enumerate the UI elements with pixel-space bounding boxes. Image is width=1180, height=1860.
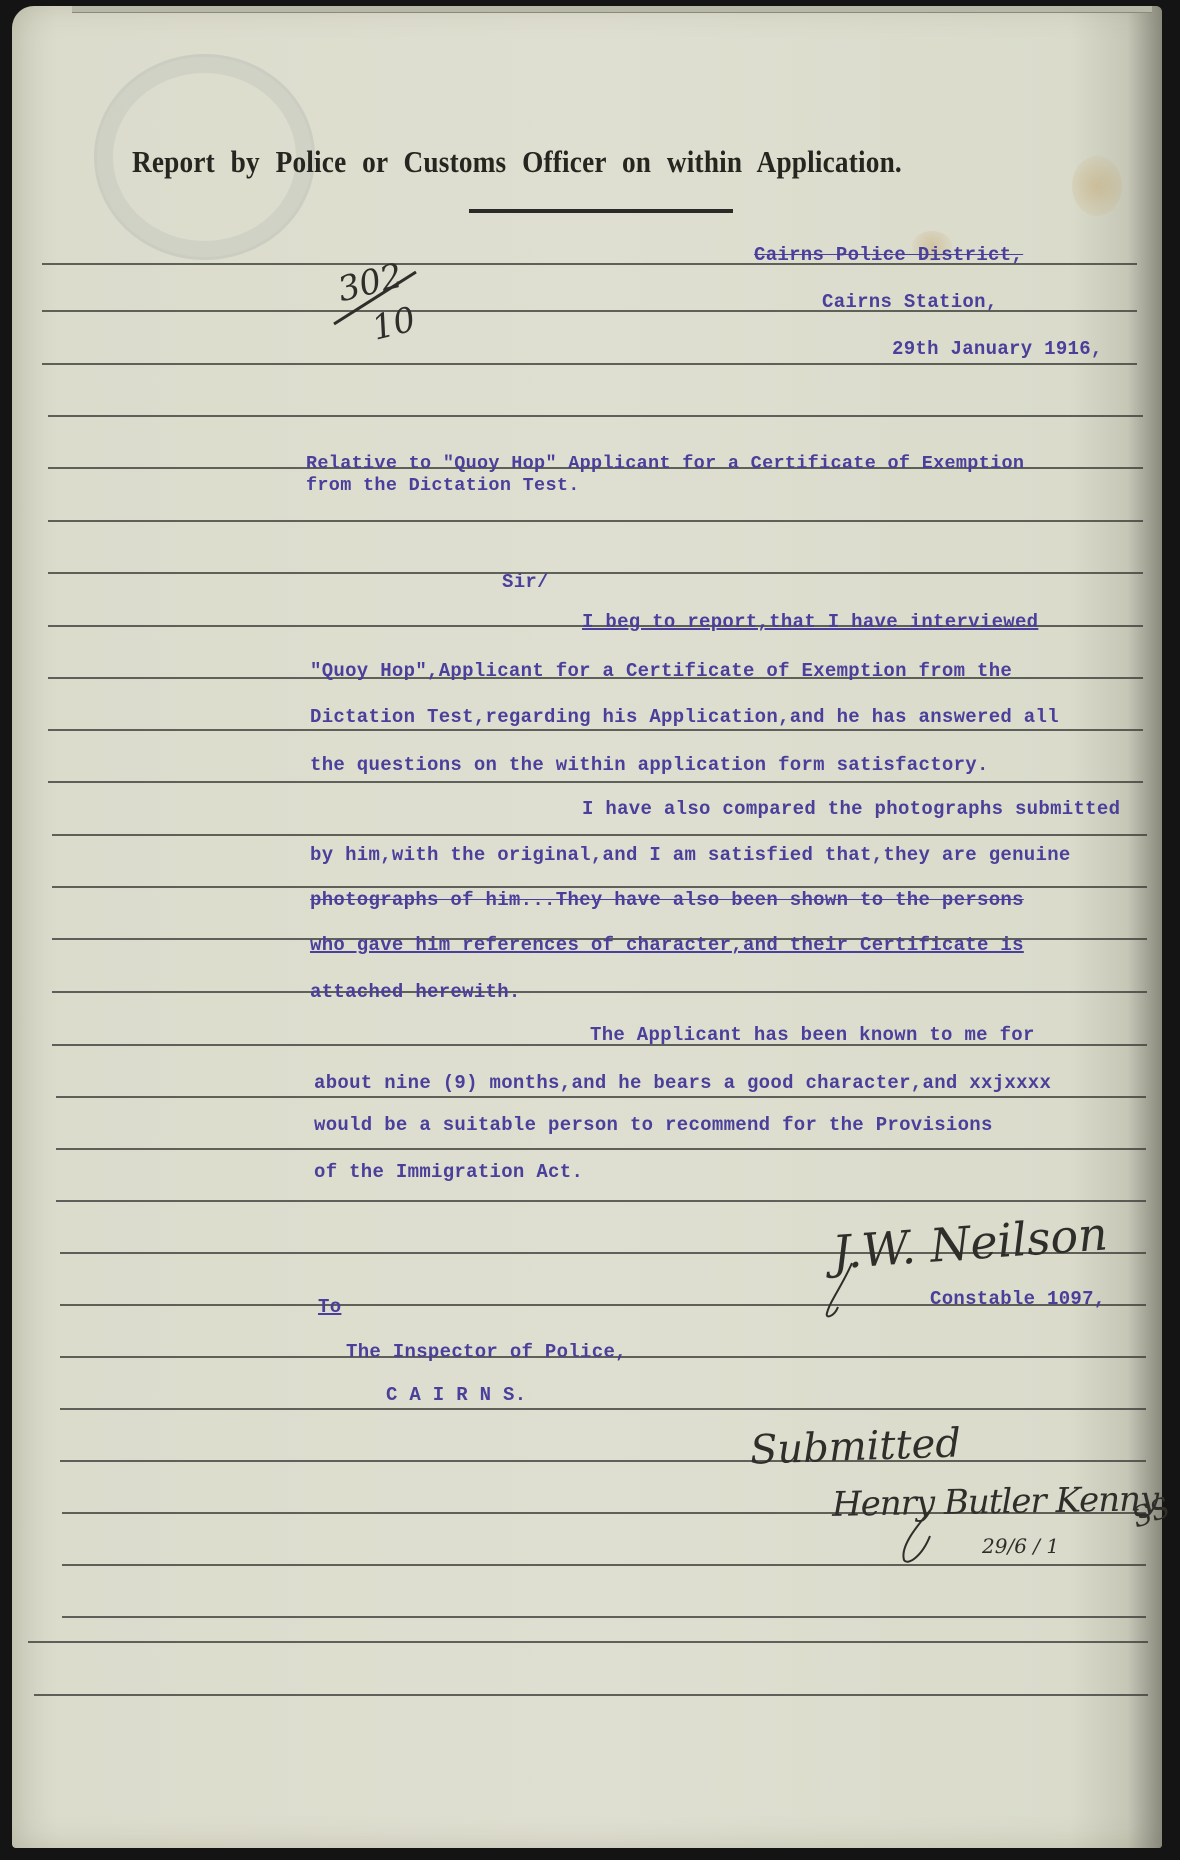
submitted-note: Submitted bbox=[749, 1420, 961, 1473]
body-p2-line-1: I have also compared the photographs sub… bbox=[582, 798, 1120, 820]
body-p2-line-2: by him,with the original,and I am satisf… bbox=[310, 844, 1071, 866]
signature-loop bbox=[892, 1506, 952, 1566]
date-line: 29th January 1916, bbox=[892, 338, 1103, 360]
document-page: Report by Police or Customs Officer on w… bbox=[12, 6, 1162, 1848]
page-top-edge bbox=[72, 6, 1152, 13]
constable-title: Constable 1097, bbox=[930, 1288, 1106, 1310]
addressee-line-1: The Inspector of Police, bbox=[346, 1341, 627, 1363]
subject-line-1: Relative to "Quoy Hop" Applicant for a C… bbox=[306, 453, 1024, 474]
salutation: Sir/ bbox=[502, 571, 549, 593]
stain-spot bbox=[1072, 156, 1122, 216]
body-p3-line-2: about nine (9) months,and he bears a goo… bbox=[314, 1072, 1051, 1094]
handwritten-reference-number: 302 10 bbox=[330, 254, 420, 344]
district-line: Cairns Police District, bbox=[754, 244, 1023, 266]
svg-text:10: 10 bbox=[368, 299, 420, 344]
body-p2-line-5: attached herewith. bbox=[310, 981, 521, 1003]
body-p1-line-1: I beg to report,that I have interviewed bbox=[582, 611, 1038, 633]
addressee-line-2: C A I R N S. bbox=[386, 1384, 526, 1406]
body-p3-line-3: would be a suitable person to recommend … bbox=[314, 1114, 993, 1136]
signature-flourish bbox=[822, 1261, 882, 1321]
body-p2-line-3: photographs of him...They have also been… bbox=[310, 889, 1024, 911]
form-heading: Report by Police or Customs Officer on w… bbox=[132, 144, 902, 180]
body-p1-line-4: the questions on the within application … bbox=[310, 754, 989, 776]
body-p2-line-4: who gave him references of character,and… bbox=[310, 934, 1024, 956]
body-p1-line-2: "Quoy Hop",Applicant for a Certificate o… bbox=[310, 660, 1012, 682]
station-line: Cairns Station, bbox=[822, 291, 998, 313]
body-p3-line-1: The Applicant has been known to me for bbox=[590, 1024, 1035, 1046]
subject-line-2: from the Dictation Test. bbox=[306, 475, 580, 496]
body-p1-line-3: Dictation Test,regarding his Application… bbox=[310, 706, 1059, 728]
body-p3-line-4: of the Immigration Act. bbox=[314, 1161, 583, 1183]
endorsement-date-fraction: 29/6 / 1 bbox=[982, 1534, 1059, 1558]
heading-divider bbox=[469, 209, 733, 213]
endorsement-date: 29/6 / 1 bbox=[982, 1534, 1059, 1558]
inspector-signature: Henry Butler Kenny bbox=[832, 1479, 1159, 1525]
to-label: To bbox=[318, 1296, 341, 1318]
